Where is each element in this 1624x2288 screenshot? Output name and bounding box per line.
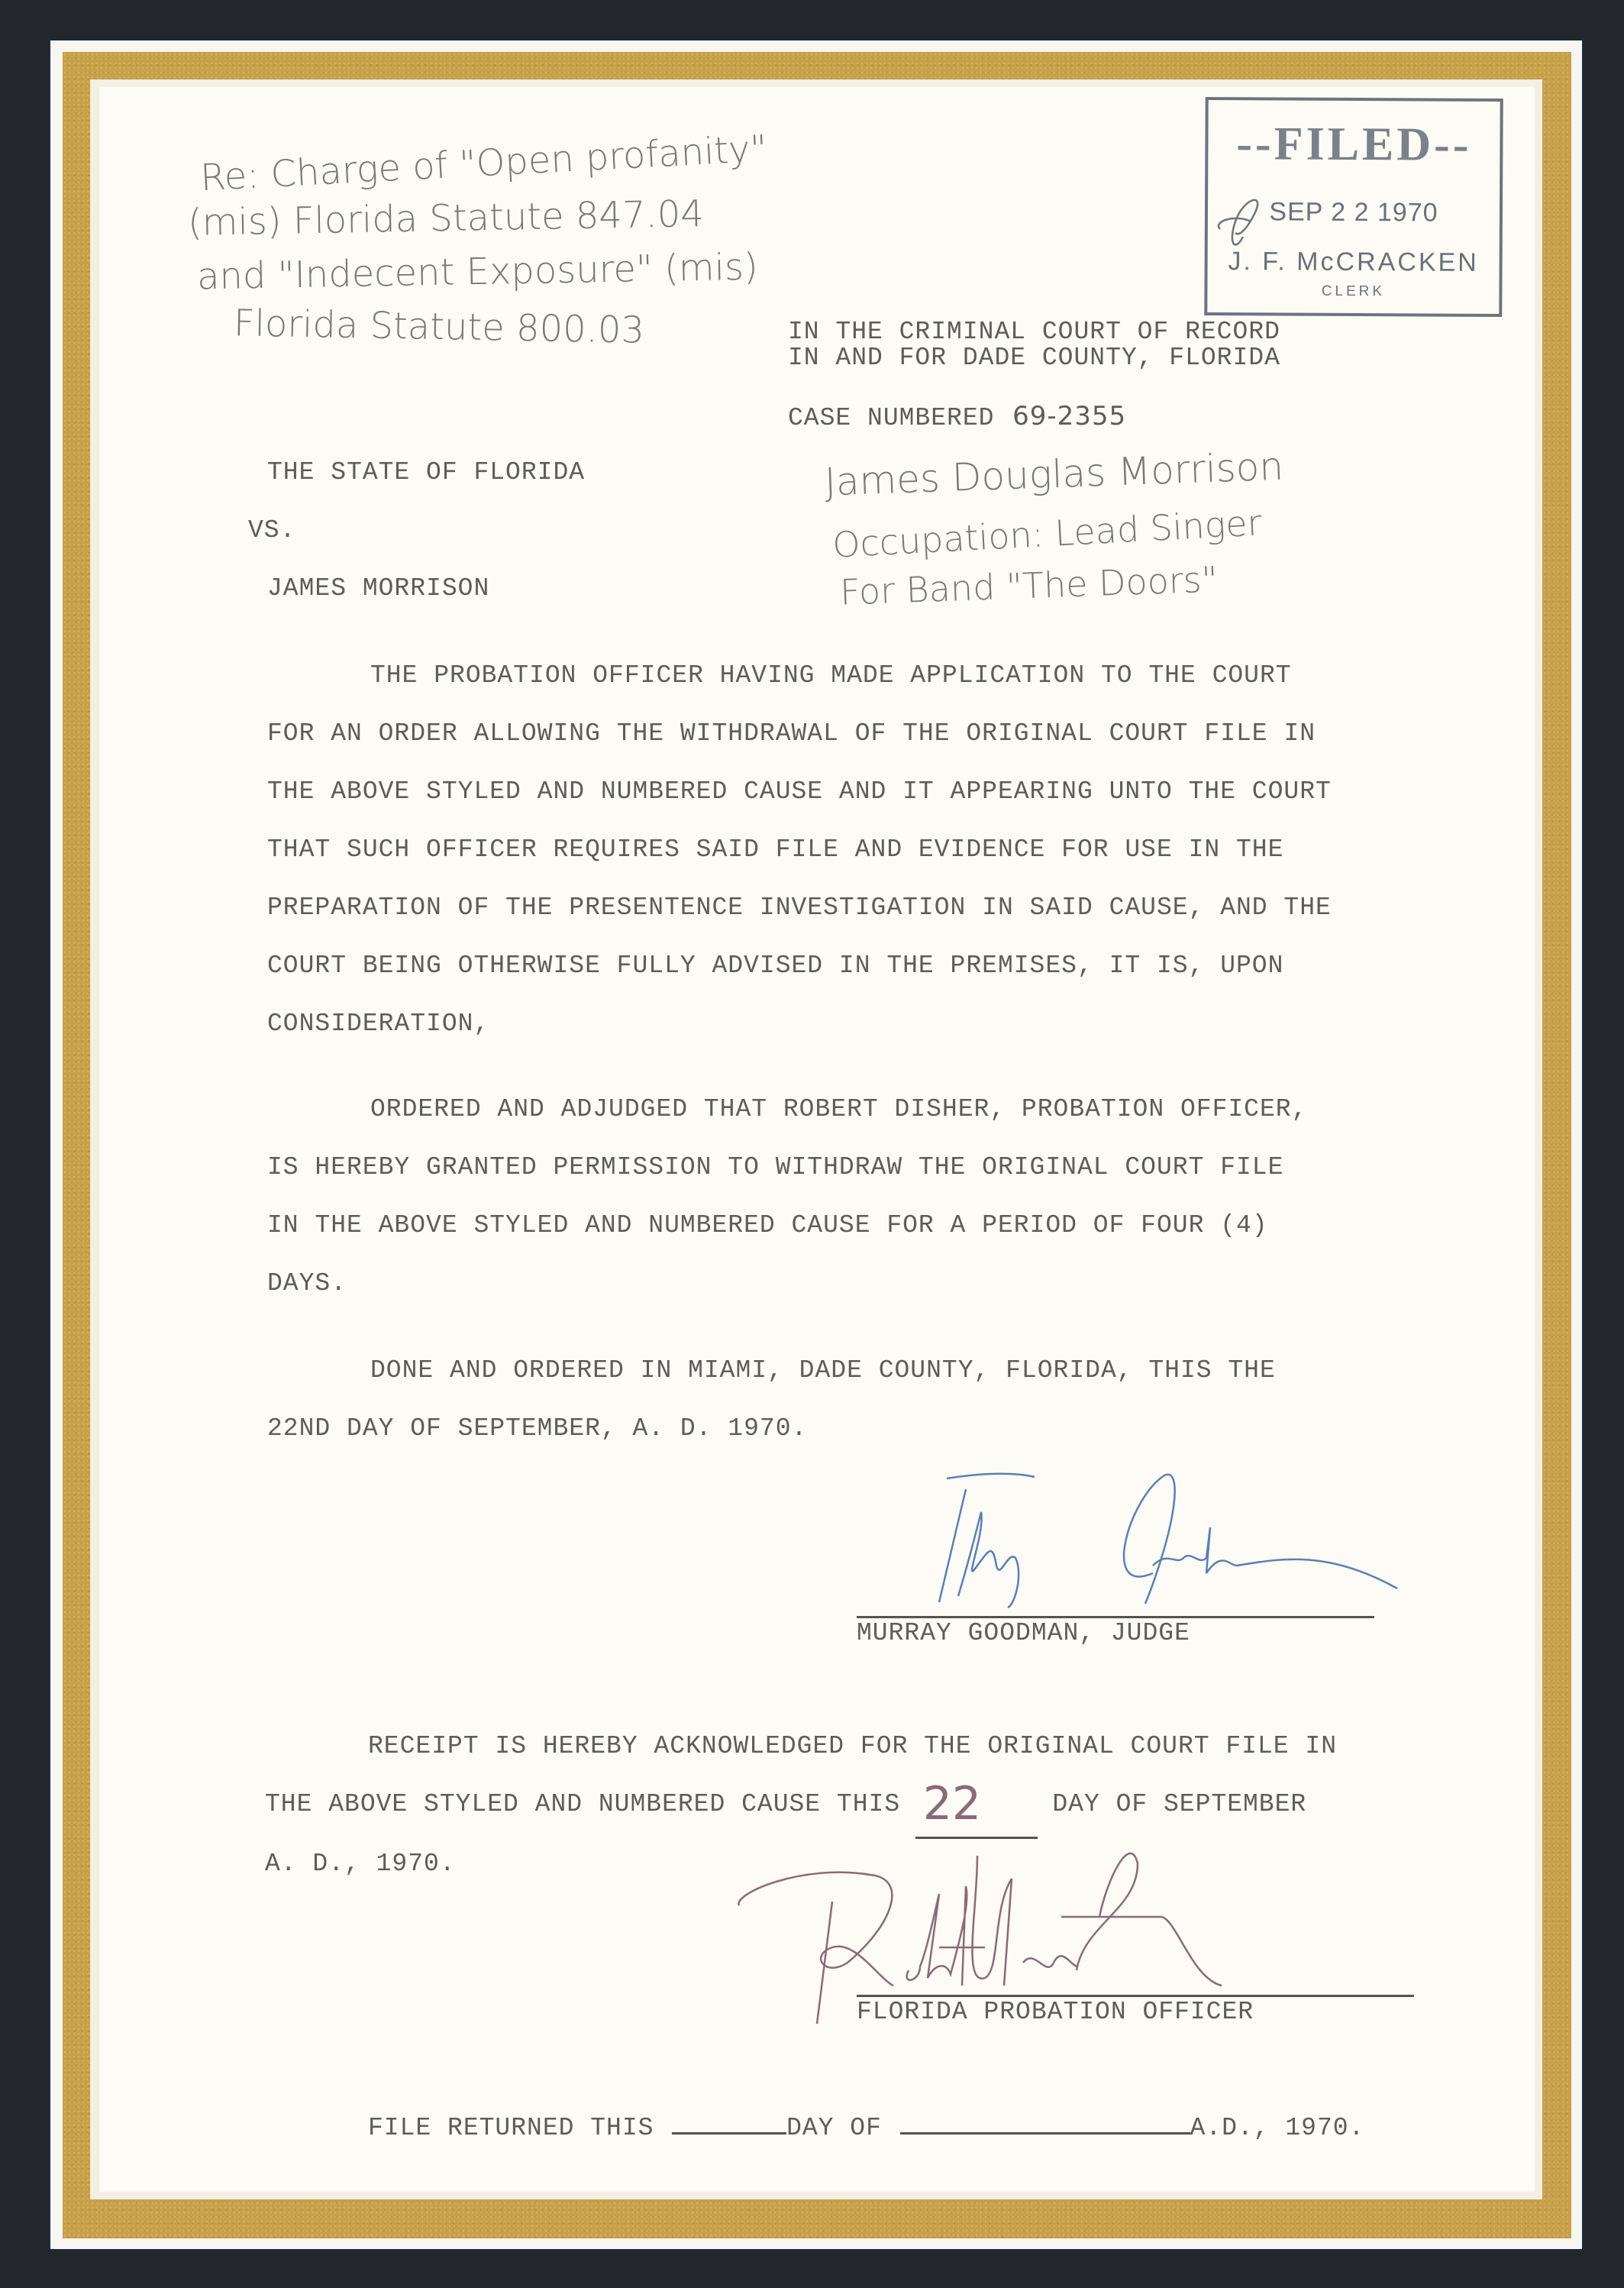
paragraph-line: FOR AN ORDER ALLOWING THE WITHDRAWAL OF … (267, 721, 1316, 746)
paragraph-line: ORDERED AND ADJUDGED THAT ROBERT DISHER,… (370, 1097, 1307, 1122)
file-returned-day-field[interactable] (672, 2111, 786, 2134)
case-number-label: CASE NUMBERED (788, 404, 994, 432)
plaintiff: THE STATE OF FLORIDA (267, 460, 585, 485)
clerk-initial-icon (1212, 191, 1266, 260)
judge-signature-line (857, 1616, 1374, 1618)
clerk-title: CLERK (1207, 283, 1499, 301)
paragraph-line: COURT BEING OTHERWISE FULLY ADVISED IN T… (267, 953, 1283, 978)
paragraph-line: THE ABOVE STYLED AND NUMBERED CAUSE AND … (267, 779, 1332, 804)
judge-signature-icon (901, 1466, 1405, 1619)
receipt-line3: A. D., 1970. (265, 1851, 456, 1876)
file-returned-year: A.D., 1970. (1190, 2114, 1365, 2142)
case-number-value: 69-2355 (1012, 401, 1126, 431)
defendant: JAMES MORRISON (267, 576, 489, 601)
versus: VS. (248, 518, 295, 543)
paragraph-line: CONSIDERATION, (267, 1011, 489, 1036)
paragraph-line: THE PROBATION OFFICER HAVING MADE APPLIC… (370, 663, 1292, 688)
receipt-line2-text: THE ABOVE STYLED AND NUMBERED CAUSE THIS (265, 1790, 900, 1818)
receipt-day-value: 22 (923, 1777, 981, 1831)
court-header-line2: IN AND FOR DADE COUNTY, FLORIDA (788, 345, 1280, 370)
annotation-line: (mis) Florida Statute 847.04 (188, 196, 705, 241)
receipt-line2: THE ABOVE STYLED AND NUMBERED CAUSE THIS… (265, 1792, 1306, 1817)
annotation-line: Florida Statute 800.03 (234, 305, 645, 348)
officer-signature-caption: FLORIDA PROBATION OFFICER (857, 1999, 1254, 2025)
officer-signature-line (857, 1995, 1414, 1997)
paragraph-line: IN THE ABOVE STYLED AND NUMBERED CAUSE F… (267, 1213, 1268, 1238)
paragraph-line: 22ND DAY OF SEPTEMBER, A. D. 1970. (267, 1416, 807, 1441)
receipt-line1: RECEIPT IS HEREBY ACKNOWLEDGED FOR THE O… (368, 1734, 1337, 1759)
file-returned-line: FILE RETURNED THIS DAY OF A.D., 1970. (368, 2111, 1364, 2141)
annotation-line: and "Indecent Exposure" (mis) (197, 249, 758, 296)
judge-signature-caption: MURRAY GOODMAN, JUDGE (857, 1621, 1190, 1646)
paragraph-line: THAT SUCH OFFICER REQUIRES SAID FILE AND… (267, 837, 1283, 862)
paragraph-line: IS HEREBY GRANTED PERMISSION TO WITHDRAW… (267, 1155, 1283, 1180)
case-number: CASE NUMBERED 69-2355 (788, 403, 1126, 431)
file-returned-label: FILE RETURNED THIS (368, 2114, 654, 2142)
paragraph-line: DONE AND ORDERED IN MIAMI, DADE COUNTY, … (370, 1358, 1276, 1383)
paragraph-line: DAYS. (267, 1271, 347, 1296)
file-returned-day-of: DAY OF (786, 2114, 882, 2142)
court-header-line1: IN THE CRIMINAL COURT OF RECORD (788, 319, 1280, 344)
receipt-line2-month: DAY OF SEPTEMBER (1052, 1790, 1306, 1818)
filed-label: --FILED-- (1208, 117, 1500, 173)
paragraph-line: PREPARATION OF THE PRESENTENCE INVESTIGA… (267, 895, 1332, 920)
file-returned-month-field[interactable] (900, 2111, 1190, 2134)
